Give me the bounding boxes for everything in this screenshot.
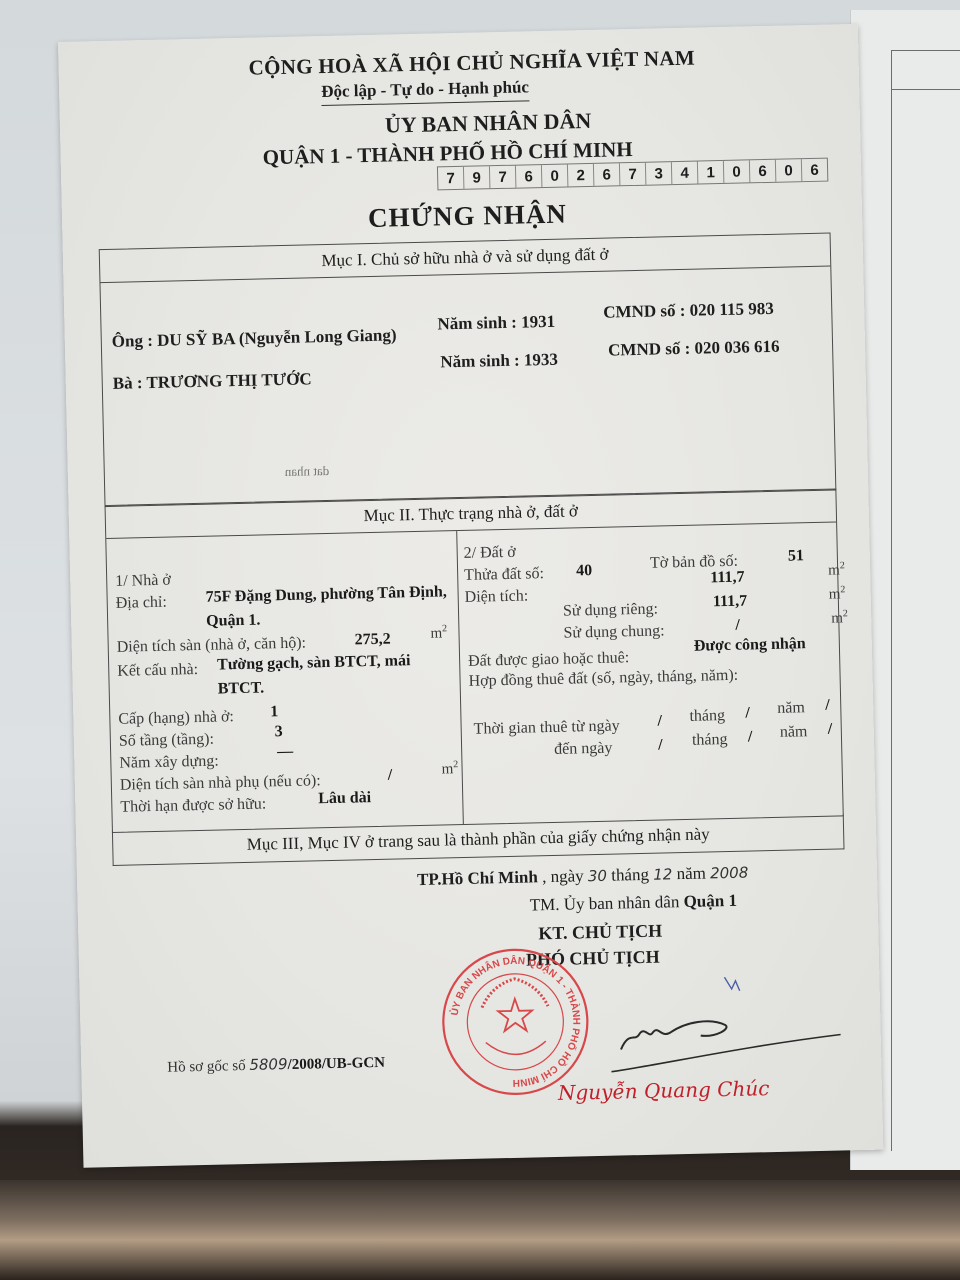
section-owners: Mục I. Chủ sở hữu nhà ở và sử dụng đất ở… [99, 233, 837, 508]
floors-value: 3 [275, 723, 283, 741]
shared-use-unit: m2 [831, 608, 848, 627]
lease-from-year-label: năm [777, 699, 805, 718]
year-built-value: — [277, 743, 293, 761]
day: 30 [588, 867, 607, 885]
signatory-kt: KT. CHỦ TỊCH [538, 921, 662, 945]
serial-digit: 4 [672, 162, 698, 185]
structure-value-2: BTCT. [218, 679, 265, 698]
address-label: Địa chỉ: [116, 594, 167, 613]
year-built-label: Năm xây dựng: [119, 753, 219, 773]
signer-name: Nguyễn Quang Chúc [558, 1076, 770, 1105]
section-owners-heading: Mục I. Chủ sở hữu nhà ở và sử dụng đất ở [100, 234, 831, 284]
lease-from-month-label: tháng [689, 707, 725, 726]
serial-digit: 6 [750, 160, 776, 183]
grade-value: 1 [270, 703, 278, 721]
serial-digit: 3 [646, 162, 672, 185]
serial-digit: 0 [724, 160, 750, 183]
place: TP.Hồ Chí Minh [417, 867, 538, 889]
parcel-label: Thửa đất số: [464, 565, 544, 585]
serial-digit: 6 [516, 165, 542, 188]
ownership-term-label: Thời hạn được sở hữu: [120, 795, 266, 816]
month: 12 [653, 865, 672, 883]
aux-area-label: Diện tích sàn nhà phụ (nếu có): [120, 772, 321, 795]
owner-2-id: CMND số : 020 036 616 [608, 337, 780, 361]
adjacent-page-frame [891, 50, 960, 1151]
serial-digit: 7 [438, 167, 464, 190]
desk-background [0, 1180, 960, 1280]
land-area-value: 111,7 [710, 569, 745, 588]
aux-area-value: / [388, 767, 393, 785]
serial-digit: 0 [776, 159, 802, 182]
lease-to-label: đến ngày [554, 740, 613, 759]
parcel-value: 40 [576, 562, 592, 580]
house-title: 1/ Nhà ở [115, 572, 171, 591]
section-property: Mục II. Thực trạng nhà ở, đất ở 1/ Nhà ở… [105, 488, 844, 833]
serial-digit: 7 [490, 166, 516, 189]
shared-use-label: Sử dụng chung: [563, 622, 665, 642]
file-number: 5809 [249, 1055, 288, 1074]
address-value-2: Quận 1. [206, 612, 261, 631]
land-column: 2/ Đất ở Thửa đất số: 40 Tờ bản đồ số: 5… [457, 522, 843, 824]
country-name: CỘNG HOÀ XÃ HỘI CHỦ NGHĨA VIỆT NAM [248, 46, 695, 81]
certificate-title: CHỨNG NHẬN [368, 199, 567, 235]
serial-digit: 2 [568, 164, 594, 187]
lease-to-day: / [658, 736, 663, 754]
floor-area-value: 275,2 [354, 631, 390, 650]
house-column: 1/ Nhà ở Địa chỉ: 75F Đặng Dung, phường … [106, 531, 464, 832]
year: 2008 [710, 864, 749, 883]
bleed-through-text: dat nhan [285, 463, 330, 480]
land-area-label: Diện tích: [465, 587, 529, 606]
certificate-page: CỘNG HOÀ XÃ HỘI CHỦ NGHĨA VIỆT NAM Độc l… [58, 24, 883, 1168]
private-use-unit: m2 [829, 584, 846, 603]
map-sheet-value: 51 [788, 547, 804, 565]
lease-contract-label: Hợp đồng thuê đất (số, ngày, tháng, năm)… [468, 667, 738, 691]
land-area-unit: m2 [828, 560, 845, 579]
allocation-label: Đất được giao hoặc thuê: [468, 649, 629, 671]
lease-to-year: / [828, 721, 833, 739]
ownership-term-value: Lâu dài [318, 789, 371, 808]
lease-from-month: / [745, 704, 750, 722]
floors-label: Số tầng (tầng): [119, 731, 214, 751]
private-use-label: Sử dụng riêng: [563, 601, 658, 621]
private-use-value: 111,7 [713, 593, 748, 612]
land-title: 2/ Đất ở [464, 544, 516, 563]
authority-name: ỦY BAN NHÂN DÂN [385, 108, 592, 139]
lease-to-year-label: năm [780, 723, 808, 742]
on-behalf-of: TM. Ủy ban nhân dân Quận 1 [529, 891, 737, 916]
serial-digit: 7 [620, 163, 646, 186]
lease-from-year: / [825, 697, 830, 715]
grade-label: Cấp (hạng) nhà ở: [118, 708, 234, 729]
structure-value-1: Tường gạch, sàn BTCT, mái [217, 652, 411, 674]
lease-from-day: / [657, 712, 662, 730]
owner-1-name: Ông : DU SỸ BA (Nguyễn Long Giang) [112, 325, 397, 351]
lease-to-month-label: tháng [692, 731, 728, 750]
handwritten-signature [509, 975, 841, 1092]
lease-from-label: Thời gian thuê từ ngày [474, 717, 620, 738]
owner-1-birth: Năm sinh : 1931 [437, 312, 555, 335]
lease-to-month: / [748, 728, 753, 746]
structure-label: Kết cấu nhà: [117, 661, 198, 681]
serial-digit: 9 [464, 166, 490, 189]
aux-area-unit: m2 [441, 759, 458, 778]
national-motto: Độc lập - Tự do - Hạnh phúc [321, 77, 529, 106]
serial-digit: 1 [698, 161, 724, 184]
serial-digit: 6 [594, 163, 620, 186]
floor-area-label: Diện tích sàn (nhà ở, căn hộ): [117, 635, 307, 657]
floor-area-unit: m2 [430, 623, 447, 642]
shared-use-value: / [735, 617, 740, 635]
allocation-value: Được công nhận [694, 635, 806, 656]
place-date: TP.Hồ Chí Minh , ngày 30 tháng 12 năm 20… [417, 863, 749, 891]
owner-1-id: CMND số : 020 115 983 [603, 299, 774, 323]
address-value-1: 75F Đặng Dung, phường Tân Định, [205, 583, 447, 606]
file-reference: Hồ sơ gốc số 5809/2008/UB-GCN [167, 1053, 385, 1077]
owner-2-name: Bà : TRƯƠNG THỊ TƯỚC [113, 369, 312, 394]
serial-digit: 0 [542, 164, 568, 187]
serial-digit: 6 [802, 159, 827, 182]
owner-2-birth: Năm sinh : 1933 [440, 350, 558, 373]
